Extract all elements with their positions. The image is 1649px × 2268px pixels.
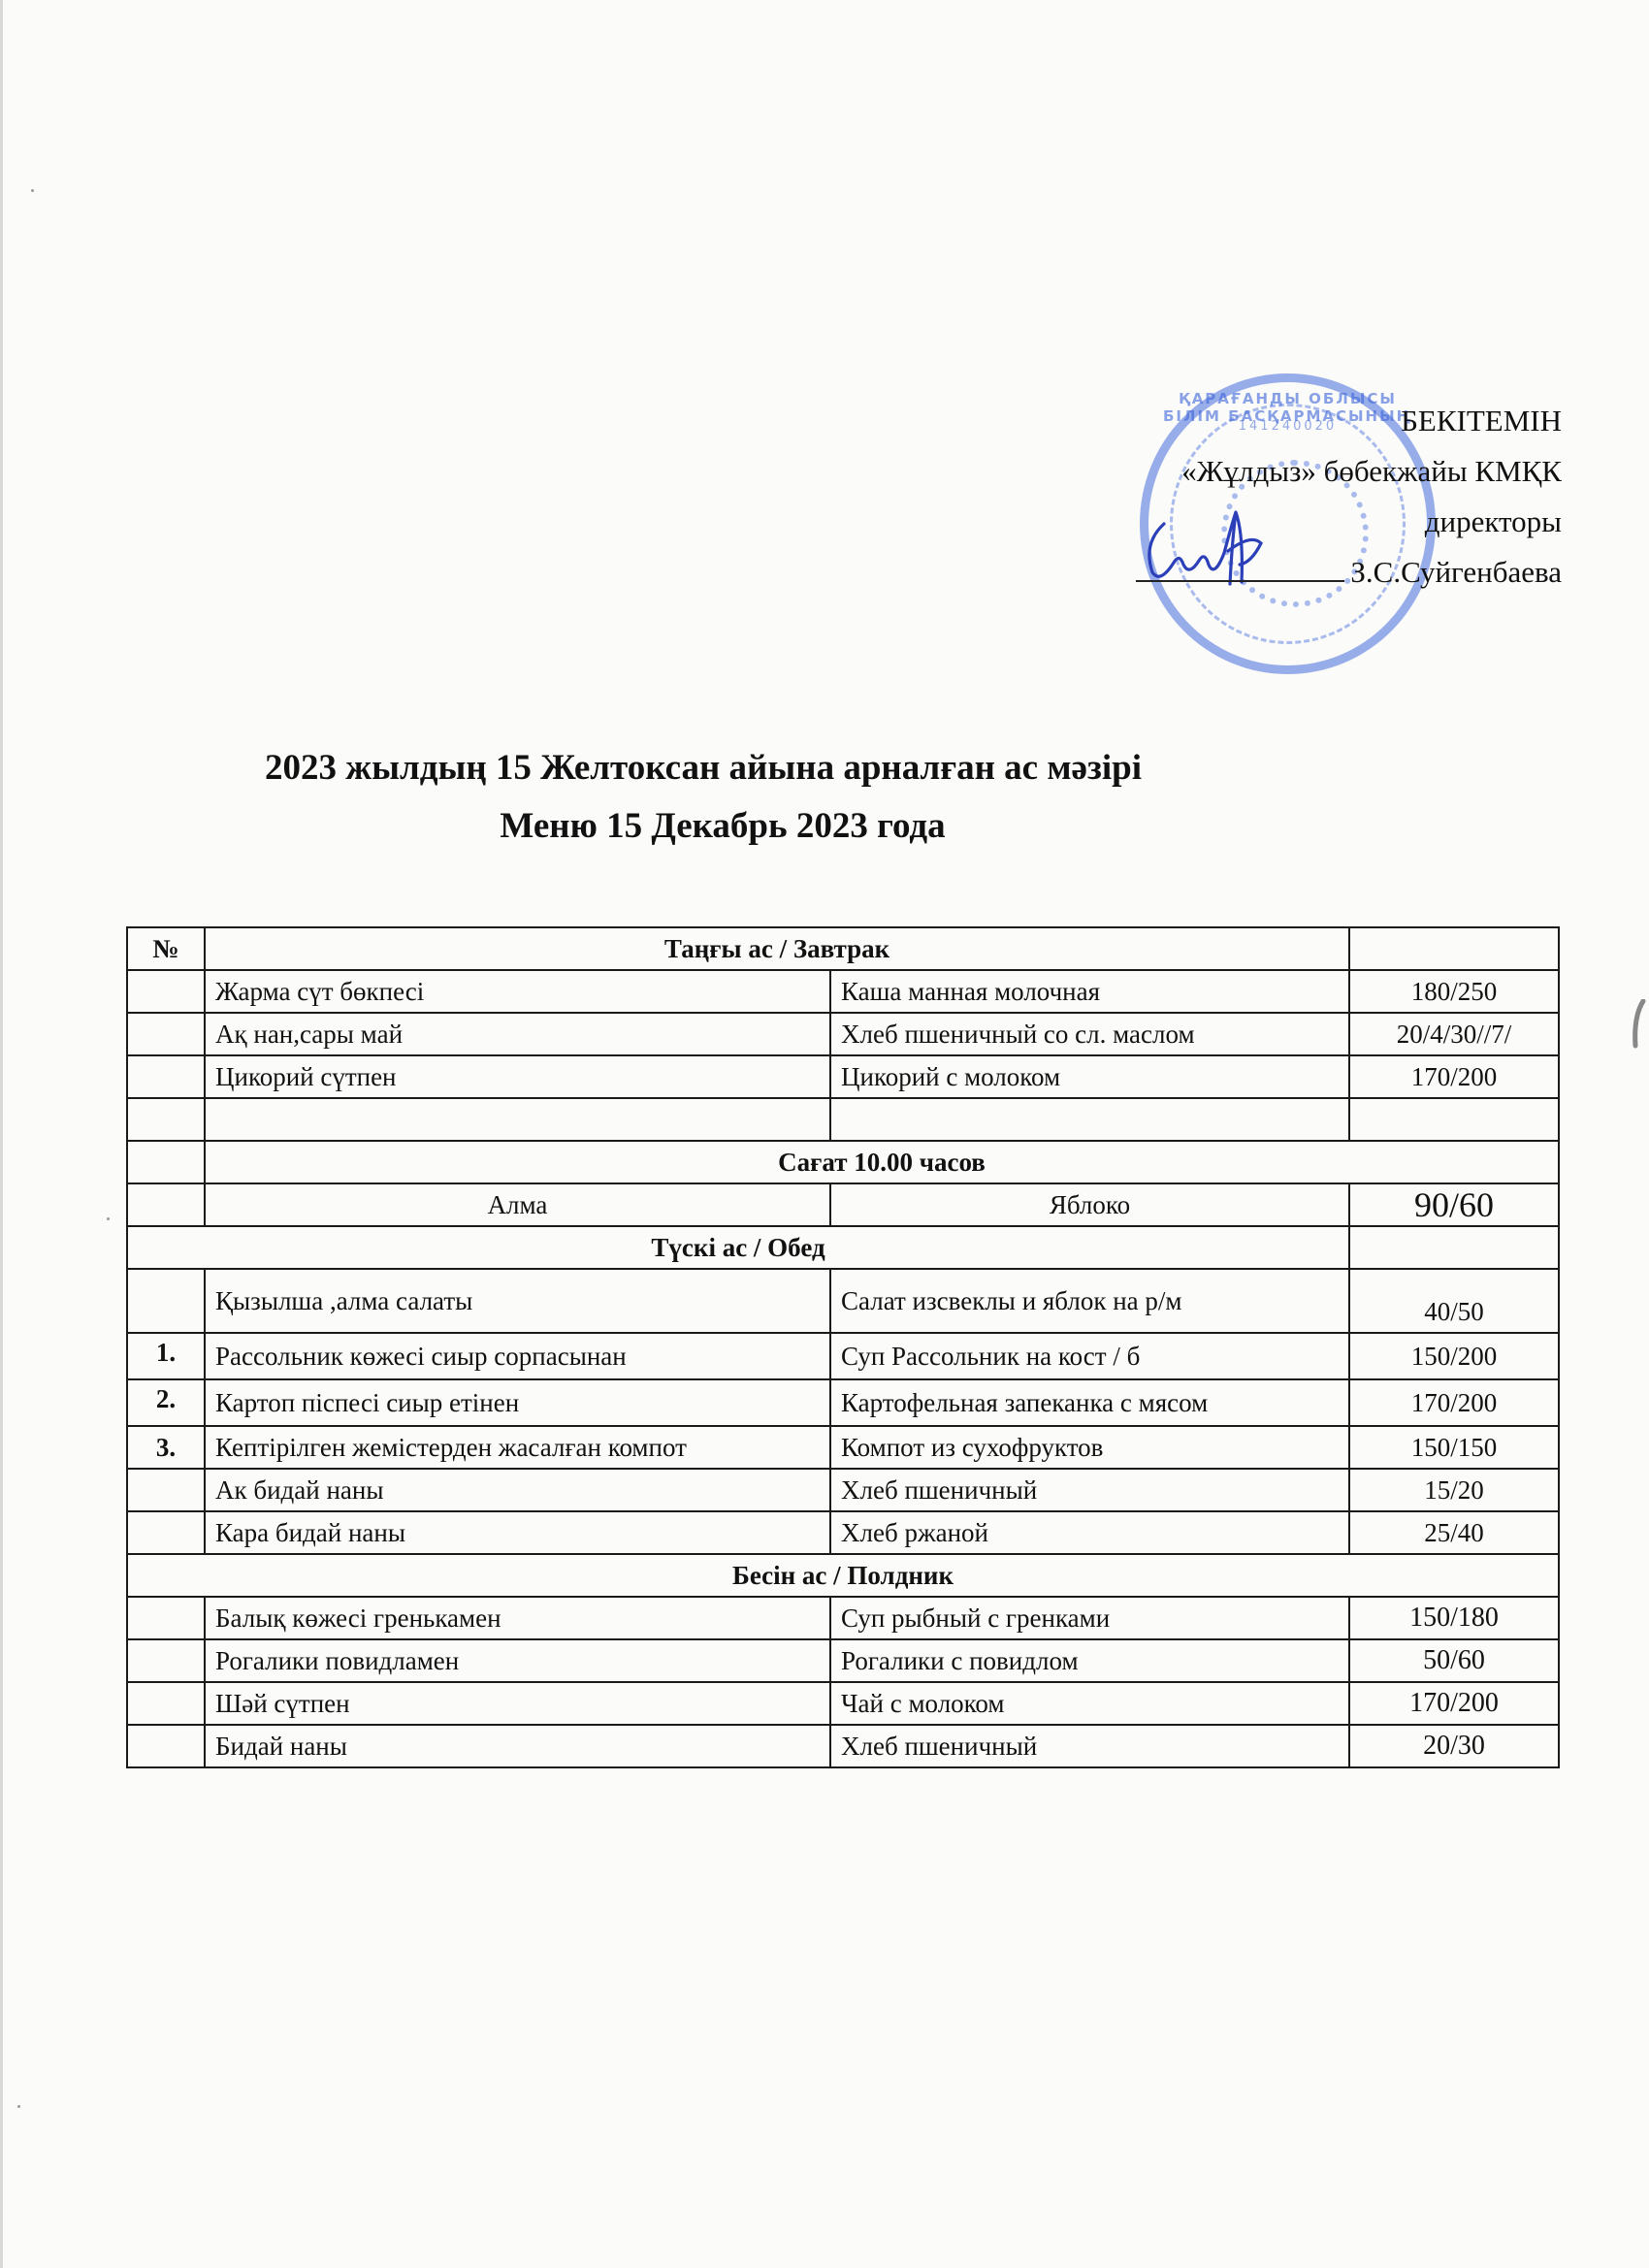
dish-ru: Хлеб пшеничный xyxy=(830,1725,1349,1767)
table-row: Шәй сүтпен Чай с молоком 170/200 xyxy=(127,1682,1559,1725)
weight-header-cell xyxy=(1349,1226,1559,1269)
snack-header-row: Сағат 10.00 часов xyxy=(127,1141,1559,1183)
table-row: Рогалики повидламен Рогалики с повидлом … xyxy=(127,1639,1559,1682)
portion-weight: 150/200 xyxy=(1349,1333,1559,1379)
table-row: Бидай наны Хлеб пшеничный 20/30 xyxy=(127,1725,1559,1767)
row-number: 3. xyxy=(127,1426,205,1469)
menu-table: № Таңғы ас / Завтрак Жарма сүт бөкпесі К… xyxy=(126,926,1560,1768)
portion-weight: 90/60 xyxy=(1349,1183,1559,1226)
dish-kz: Рассольник көжесі сиыр сорпасынан xyxy=(205,1333,830,1379)
breakfast-header-row: № Таңғы ас / Завтрак xyxy=(127,927,1559,970)
row-number xyxy=(127,1055,205,1098)
row-number xyxy=(127,1725,205,1767)
table-row: Ақ нан,сары май Хлеб пшеничный со сл. ма… xyxy=(127,1013,1559,1055)
weight-header-cell xyxy=(1349,927,1559,970)
table-row: Балық көжесі гренькамен Суп рыбный с гре… xyxy=(127,1597,1559,1639)
row-number xyxy=(127,1183,205,1226)
dish-ru: Суп рыбный с гренками xyxy=(830,1597,1349,1639)
row-number xyxy=(127,1141,205,1183)
dish-kz: Кептірілген жемістерден жасалған компот xyxy=(205,1426,830,1469)
table-row: Ак бидай наны Хлеб пшеничный 15/20 xyxy=(127,1469,1559,1511)
approval-organization: «Жұлдыз» бөбекжайы КМҚК xyxy=(1136,446,1562,497)
row-number xyxy=(127,1682,205,1725)
scan-speck xyxy=(17,2105,20,2108)
dish-ru: Каша манная молочная xyxy=(830,970,1349,1013)
table-row: Қызылша ,алма салаты Салат изсвеклы и яб… xyxy=(127,1269,1559,1333)
portion-weight: 15/20 xyxy=(1349,1469,1559,1511)
row-number: 1. xyxy=(127,1333,205,1379)
table-row: 2. Картоп піспесі сиыр етінен Картофельн… xyxy=(127,1379,1559,1426)
approval-heading: БЕКІТЕМІН xyxy=(1136,396,1562,446)
dish-kz: Жарма сүт бөкпесі xyxy=(205,970,830,1013)
dish-kz: Картоп піспесі сиыр етінен xyxy=(205,1379,830,1426)
approval-position: директоры xyxy=(1136,497,1562,547)
scan-edge xyxy=(0,0,3,2268)
afternoon-header-row: Бесін ас / Полдник xyxy=(127,1554,1559,1597)
portion-weight: 150/150 xyxy=(1349,1426,1559,1469)
portion-weight: 180/250 xyxy=(1349,970,1559,1013)
row-number xyxy=(127,970,205,1013)
portion-weight: 20/4/30//7/ xyxy=(1349,1013,1559,1055)
afternoon-header: Бесін ас / Полдник xyxy=(127,1554,1559,1597)
dish-kz: Балық көжесі гренькамен xyxy=(205,1597,830,1639)
dish-kz: Ақ нан,сары май xyxy=(205,1013,830,1055)
table-row: Алма Яблоко 90/60 xyxy=(127,1183,1559,1226)
dish-ru: Рогалики с повидлом xyxy=(830,1639,1349,1682)
row-number: 2. xyxy=(127,1379,205,1426)
row-number xyxy=(127,1511,205,1554)
scan-speck xyxy=(107,1217,110,1220)
director-name: З.С.Суйгенбаева xyxy=(1350,555,1562,589)
row-number xyxy=(127,1597,205,1639)
row-number xyxy=(127,1013,205,1055)
portion-weight: 170/200 xyxy=(1349,1379,1559,1426)
breakfast-header: Таңғы ас / Завтрак xyxy=(205,927,1349,970)
dish-ru: Чай с молоком xyxy=(830,1682,1349,1725)
dish-ru: Суп Рассольник на кост / б xyxy=(830,1333,1349,1379)
page-title-ru: Меню 15 Декабрь 2023 года xyxy=(0,805,1547,847)
row-number xyxy=(127,1269,205,1333)
lunch-header-row: Түскі ас / Обед xyxy=(127,1226,1559,1269)
row-number xyxy=(127,1639,205,1682)
table-row: Кара бидай наны Хлеб ржаной 25/40 xyxy=(127,1511,1559,1554)
dish-kz: Ак бидай наны xyxy=(205,1469,830,1511)
portion-weight xyxy=(1349,1098,1559,1141)
scan-speck xyxy=(31,189,34,192)
portion-weight: 20/30 xyxy=(1349,1725,1559,1767)
dish-ru: Хлеб пшеничный со сл. маслом xyxy=(830,1013,1349,1055)
table-row: Цикорий сүтпен Цикорий с молоком 170/200 xyxy=(127,1055,1559,1098)
lunch-header: Түскі ас / Обед xyxy=(127,1226,1349,1269)
portion-weight: 40/50 xyxy=(1349,1269,1559,1333)
dish-kz: Қызылша ,алма салаты xyxy=(205,1269,830,1333)
scan-mark xyxy=(1630,999,1649,1057)
row-number xyxy=(127,1469,205,1511)
dish-kz: Кара бидай наны xyxy=(205,1511,830,1554)
portion-weight: 25/40 xyxy=(1349,1511,1559,1554)
portion-weight: 50/60 xyxy=(1349,1639,1559,1682)
dish-kz: Алма xyxy=(205,1183,830,1226)
table-row: Жарма сүт бөкпесі Каша манная молочная 1… xyxy=(127,970,1559,1013)
dish-kz: Шәй сүтпен xyxy=(205,1682,830,1725)
dish-ru: Цикорий с молоком xyxy=(830,1055,1349,1098)
dish-kz xyxy=(205,1098,830,1141)
dish-ru: Хлеб пшеничный xyxy=(830,1469,1349,1511)
dish-kz: Бидай наны xyxy=(205,1725,830,1767)
portion-weight: 150/180 xyxy=(1349,1597,1559,1639)
page-title-kz: 2023 жылдың 15 Желтоксан айына арналған … xyxy=(0,747,1528,789)
table-row-empty xyxy=(127,1098,1559,1141)
dish-ru xyxy=(830,1098,1349,1141)
dish-ru: Хлеб ржаной xyxy=(830,1511,1349,1554)
dish-kz: Рогалики повидламен xyxy=(205,1639,830,1682)
dish-ru: Картофельная запеканка с мясом xyxy=(830,1379,1349,1426)
dish-kz: Цикорий сүтпен xyxy=(205,1055,830,1098)
dish-ru: Салат изсвеклы и яблок на р/м xyxy=(830,1269,1349,1333)
approval-signature-line: З.С.Суйгенбаева xyxy=(1136,547,1562,598)
portion-weight: 170/200 xyxy=(1349,1682,1559,1725)
table-row: 1. Рассольник көжесі сиыр сорпасынан Суп… xyxy=(127,1333,1559,1379)
table-row: 3. Кептірілген жемістерден жасалған комп… xyxy=(127,1426,1559,1469)
approval-block: БЕКІТЕМІН «Жұлдыз» бөбекжайы КМҚК директ… xyxy=(1136,396,1562,598)
snack-header: Сағат 10.00 часов xyxy=(205,1141,1559,1183)
dish-ru: Яблоко xyxy=(830,1183,1349,1226)
number-column-header: № xyxy=(127,927,205,970)
signature-line xyxy=(1136,576,1344,582)
portion-weight: 170/200 xyxy=(1349,1055,1559,1098)
row-number xyxy=(127,1098,205,1141)
dish-ru: Компот из сухофруктов xyxy=(830,1426,1349,1469)
